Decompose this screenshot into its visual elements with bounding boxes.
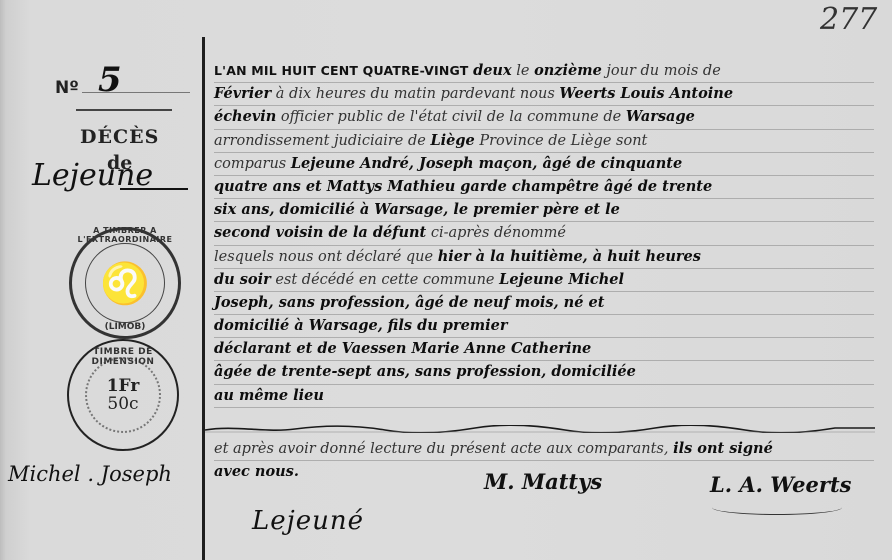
tax-stamp: TIMBRE DE DIMENSION 1Fr 50c bbox=[67, 339, 179, 451]
entry-number-label: Nº bbox=[55, 78, 79, 98]
handwritten-entry: Lejeune Michel bbox=[499, 271, 624, 288]
handwritten-entry: Février bbox=[214, 85, 271, 102]
closing-avec-nous: avec nous. bbox=[214, 463, 299, 480]
printed-text: Province de Liège sont bbox=[475, 133, 648, 149]
printed-text: L'AN MIL HUIT CENT QUATRE-VINGT bbox=[214, 63, 473, 78]
printed-text: jour du mois de bbox=[602, 63, 721, 79]
lion-icon: ♌ bbox=[100, 260, 150, 307]
record-line: arrondissement judiciaire de Liège Provi… bbox=[214, 130, 874, 153]
handwritten-entry: hier à la huitième, à huit heures bbox=[438, 248, 701, 265]
officer-signature-flourish bbox=[712, 500, 842, 515]
handwritten-entry: déclarant et de Vaessen Marie Anne Cathe… bbox=[214, 340, 591, 357]
lion-stamp: A TIMBRER A L'EXTRAORDINAIRE ♌ (LIMOB) bbox=[69, 227, 181, 339]
margin-divider bbox=[202, 37, 205, 560]
record-line: second voisin de la défunt ci-après déno… bbox=[214, 222, 874, 245]
record-line: âgée de trente-sept ans, sans profession… bbox=[214, 361, 874, 384]
handwritten-entry: Warsage bbox=[626, 108, 695, 125]
wreath-icon: 1Fr 50c bbox=[85, 357, 161, 433]
closing-printed: et après avoir donné lecture du présent … bbox=[214, 441, 673, 457]
marginal-given-names: Michel . Joseph bbox=[8, 462, 172, 486]
lion-emblem-icon: ♌ bbox=[85, 243, 165, 323]
handwritten-entry: du soir bbox=[214, 271, 271, 288]
handwritten-entry: Joseph, sans profession, âgé de neuf moi… bbox=[214, 294, 604, 311]
tax-stamp-francs: 1Fr bbox=[107, 377, 140, 395]
record-line: Février à dix heures du matin pardevant … bbox=[214, 83, 874, 106]
entry-number: 5 bbox=[98, 60, 122, 100]
record-line: L'AN MIL HUIT CENT QUATRE-VINGT deux le … bbox=[214, 60, 874, 83]
printed-text: ci-après dénommé bbox=[426, 225, 566, 241]
lion-stamp-ring-text: A TIMBRER A L'EXTRAORDINAIRE bbox=[72, 226, 178, 244]
register-page: 277 Nº 5 DÉCÈS de Lejeune A TIMBRER A L'… bbox=[0, 0, 892, 560]
tax-stamp-ring-text: TIMBRE DE DIMENSION bbox=[69, 347, 177, 367]
divider-rule bbox=[76, 109, 172, 111]
surname-flourish bbox=[120, 188, 188, 190]
handwritten-entry: Lejeune André, Joseph maçon, âgé de cinq… bbox=[291, 155, 682, 172]
handwritten-entry: Weerts Louis Antoine bbox=[559, 85, 733, 102]
record-line: quatre ans et Mattys Mathieu garde champ… bbox=[214, 176, 874, 199]
record-line: comparus Lejeune André, Joseph maçon, âg… bbox=[214, 153, 874, 176]
handwritten-entry: de la défunt bbox=[323, 224, 426, 241]
record-line: domicilié à Warsage, fils du premier bbox=[214, 315, 874, 338]
printed-text: est décédé en cette commune bbox=[271, 272, 499, 288]
closing-flourish bbox=[205, 425, 875, 433]
declarant-signature: Lejeuné bbox=[252, 506, 364, 536]
record-line: du soir est décédé en cette commune Leje… bbox=[214, 269, 874, 292]
officer-signature: L. A. Weerts bbox=[710, 472, 851, 497]
witness-signature: M. Mattys bbox=[484, 469, 602, 494]
section-title: DÉCÈS bbox=[80, 126, 159, 148]
printed-text: à dix heures du matin pardevant nous bbox=[271, 86, 559, 102]
record-line: au même lieu bbox=[214, 385, 874, 408]
printed-text: lesquels nous ont déclaré que bbox=[214, 249, 438, 265]
handwritten-entry: onzième bbox=[534, 62, 602, 79]
printed-text: arrondissement judiciaire de bbox=[214, 133, 430, 149]
handwritten-entry: au même lieu bbox=[214, 387, 324, 404]
lion-stamp-bottom-text: (LIMOB) bbox=[72, 322, 178, 332]
record-line: lesquels nous ont déclaré que hier à la … bbox=[214, 246, 874, 269]
handwritten-entry: six ans, domicilié à Warsage, le premier… bbox=[214, 201, 620, 218]
handwritten-entry: âgée de trente-sept ans, sans profession… bbox=[214, 363, 636, 380]
closing-handwritten: ils ont signé bbox=[673, 440, 773, 457]
handwritten-entry: domicilié à Warsage, fils du premier bbox=[214, 317, 508, 334]
printed-text: le bbox=[512, 63, 534, 79]
printed-text: comparus bbox=[214, 156, 291, 172]
handwritten-entry: quatre ans et Mattys Mathieu garde champ… bbox=[214, 178, 712, 195]
record-line: six ans, domicilié à Warsage, le premier… bbox=[214, 199, 874, 222]
handwritten-entry: second voisin bbox=[214, 224, 323, 241]
printed-text: officier public de l'état civil de la co… bbox=[276, 109, 626, 125]
record-line: échevin officier public de l'état civil … bbox=[214, 106, 874, 129]
folio-number: 277 bbox=[820, 2, 877, 37]
record-line: Joseph, sans profession, âgé de neuf moi… bbox=[214, 292, 874, 315]
entry-number-underline bbox=[82, 92, 190, 93]
handwritten-entry: deux bbox=[473, 62, 512, 79]
record-line: déclarant et de Vaessen Marie Anne Cathe… bbox=[214, 338, 874, 361]
handwritten-entry: Liège bbox=[430, 132, 474, 149]
record-body: L'AN MIL HUIT CENT QUATRE-VINGT deux le … bbox=[214, 60, 874, 408]
tax-stamp-centimes: 50c bbox=[107, 395, 138, 413]
closing-line-1: et après avoir donné lecture du présent … bbox=[214, 438, 874, 461]
handwritten-entry: échevin bbox=[214, 108, 276, 125]
